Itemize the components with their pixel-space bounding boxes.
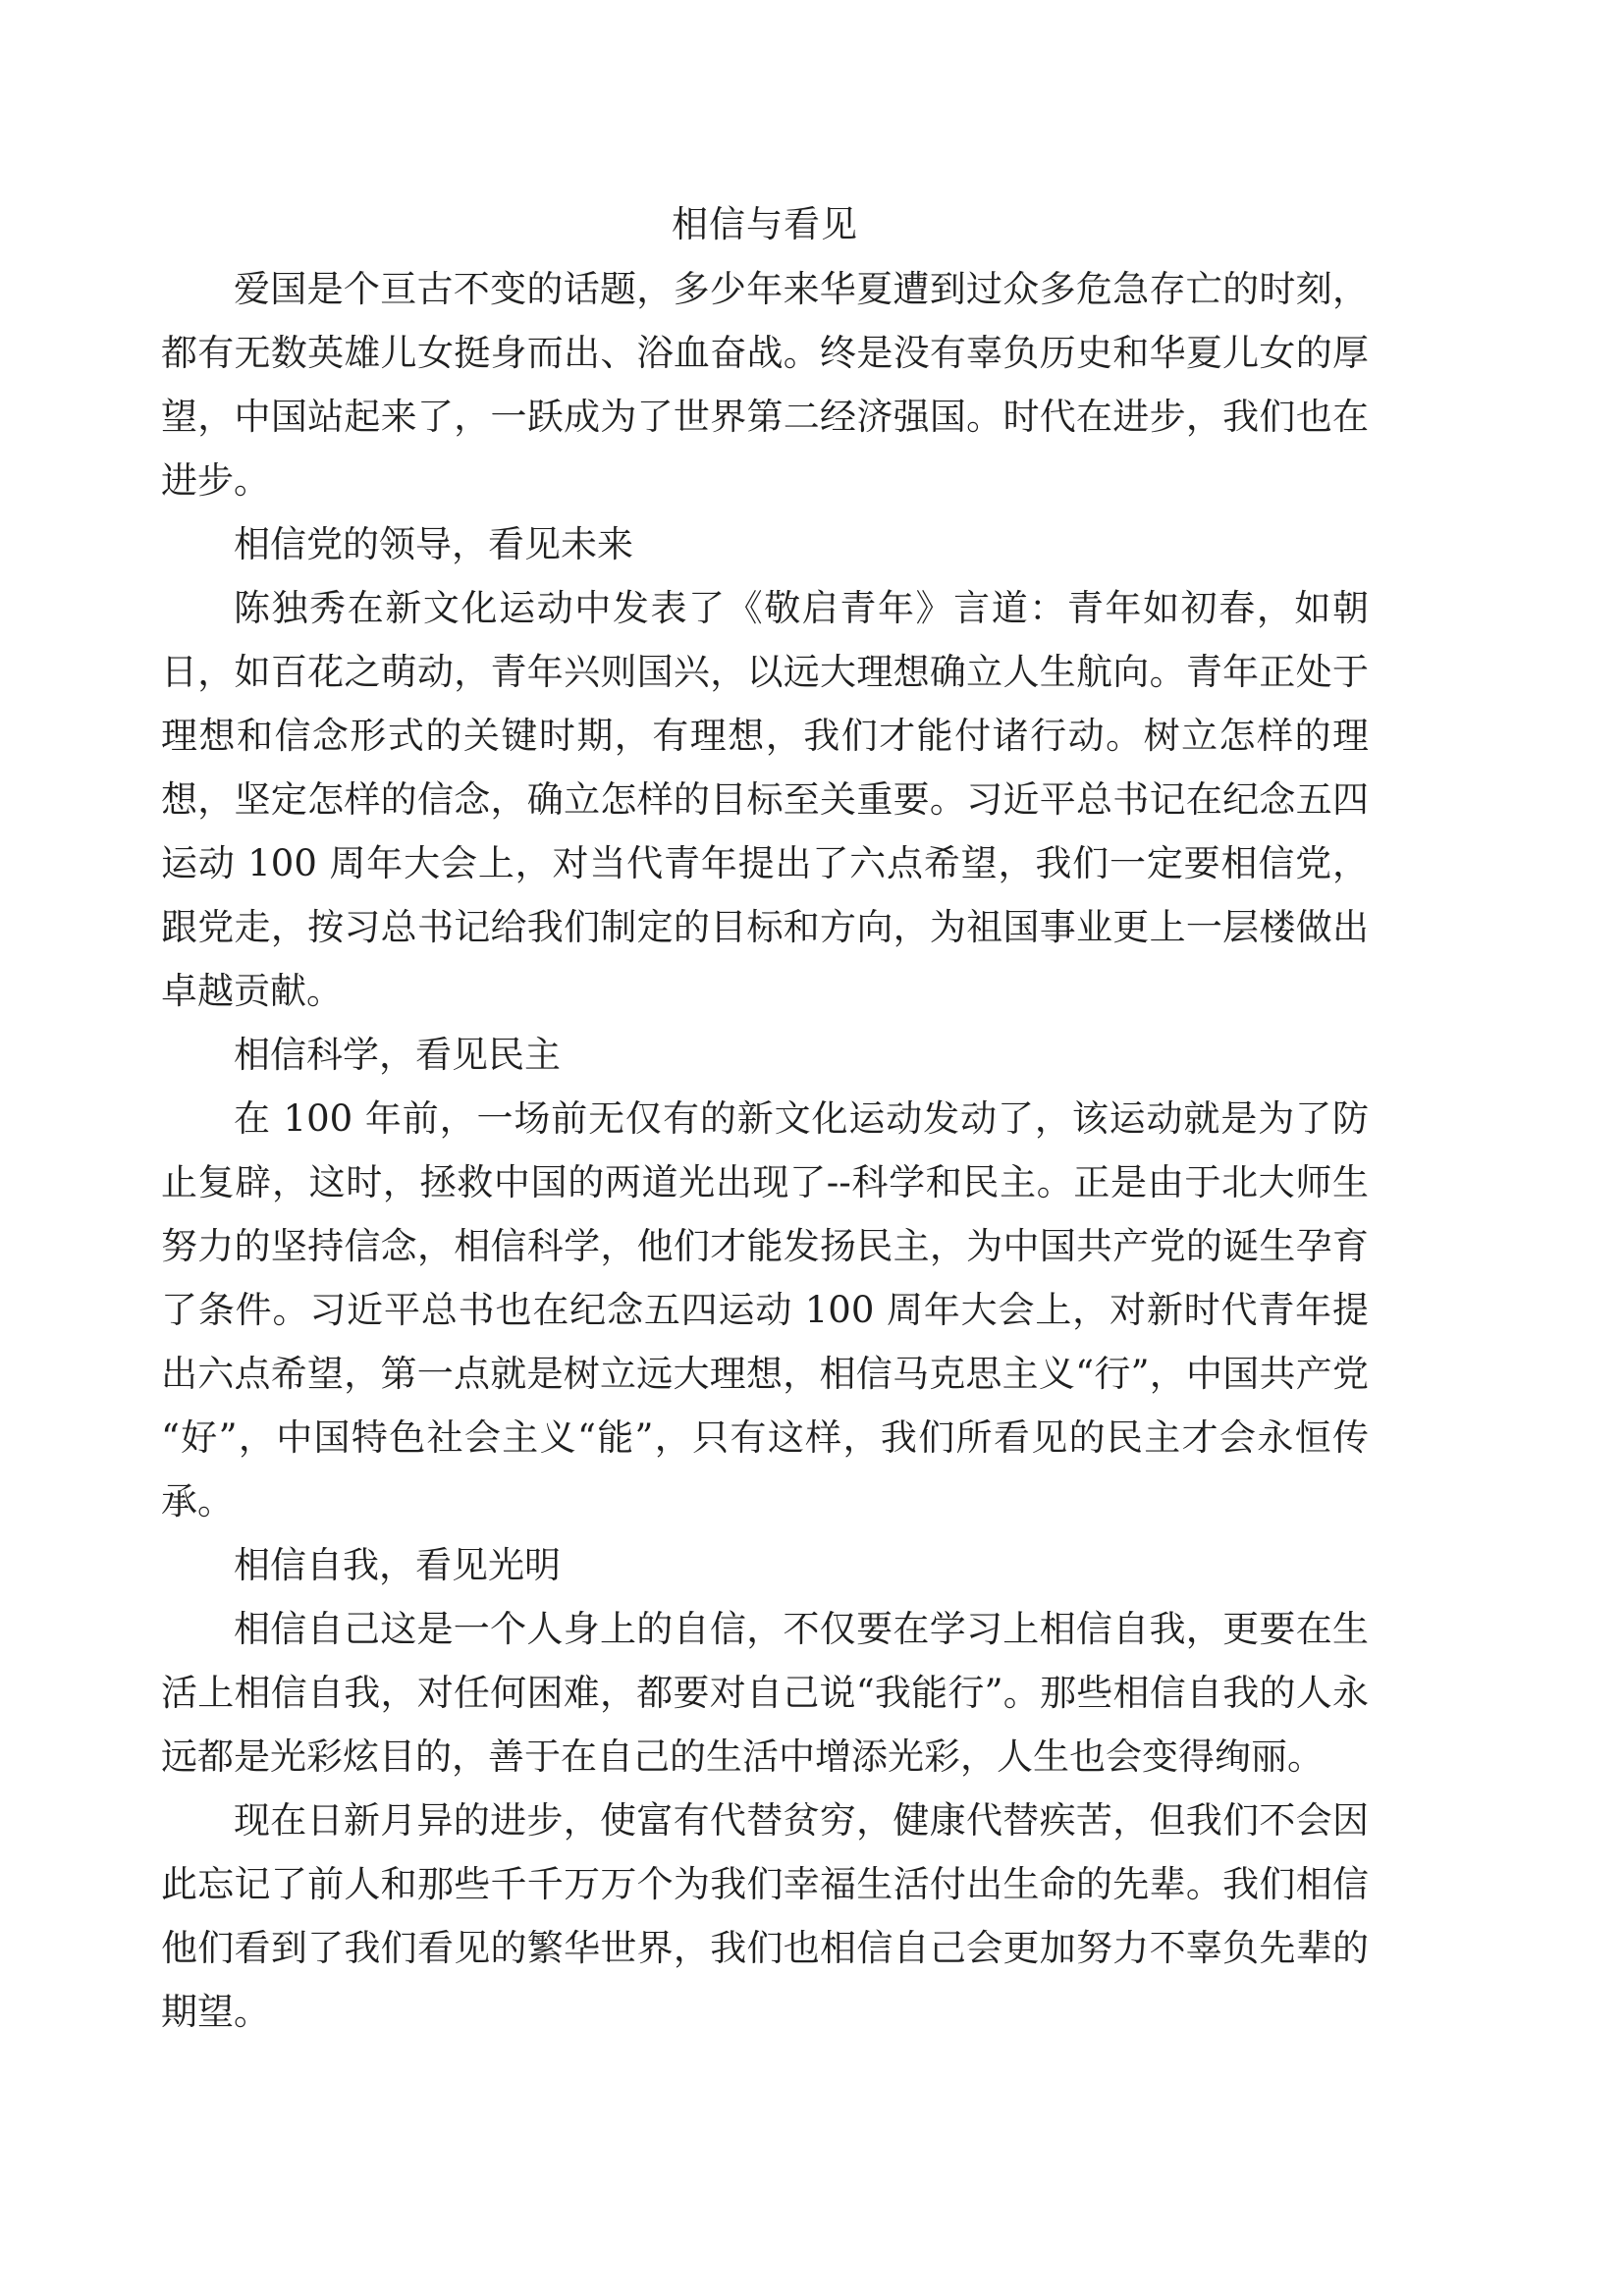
document-title: 相信与看见 (161, 192, 1369, 257)
body-paragraph: 相信自己这是一个人身上的自信，不仅要在学习上相信自我，更要在生活上相信自我，对任… (161, 1597, 1369, 1789)
section-subheading: 相信科学，看见民主 (161, 1023, 1369, 1087)
document-body: 爱国是个亘古不变的话题，多少年来华夏遭到过众多危急存亡的时刻，都有无数英雄儿女挺… (161, 257, 1369, 2044)
body-paragraph: 现在日新月异的进步，使富有代替贫穷，健康代替疾苦，但我们不会因此忘记了前人和那些… (161, 1789, 1369, 2044)
section-subheading: 相信自我，看见光明 (161, 1533, 1369, 1597)
body-paragraph: 在 100 年前，一场前无仅有的新文化运动发动了，该运动就是为了防止复辟，这时，… (161, 1087, 1369, 1533)
document-page: 相信与看见 爱国是个亘古不变的话题，多少年来华夏遭到过众多危急存亡的时刻，都有无… (0, 0, 1624, 2296)
body-paragraph: 爱国是个亘古不变的话题，多少年来华夏遭到过众多危急存亡的时刻，都有无数英雄儿女挺… (161, 257, 1369, 512)
body-paragraph: 陈独秀在新文化运动中发表了《敬启青年》言道：青年如初春，如朝日，如百花之萌动，青… (161, 576, 1369, 1023)
section-subheading: 相信党的领导，看见未来 (161, 512, 1369, 576)
